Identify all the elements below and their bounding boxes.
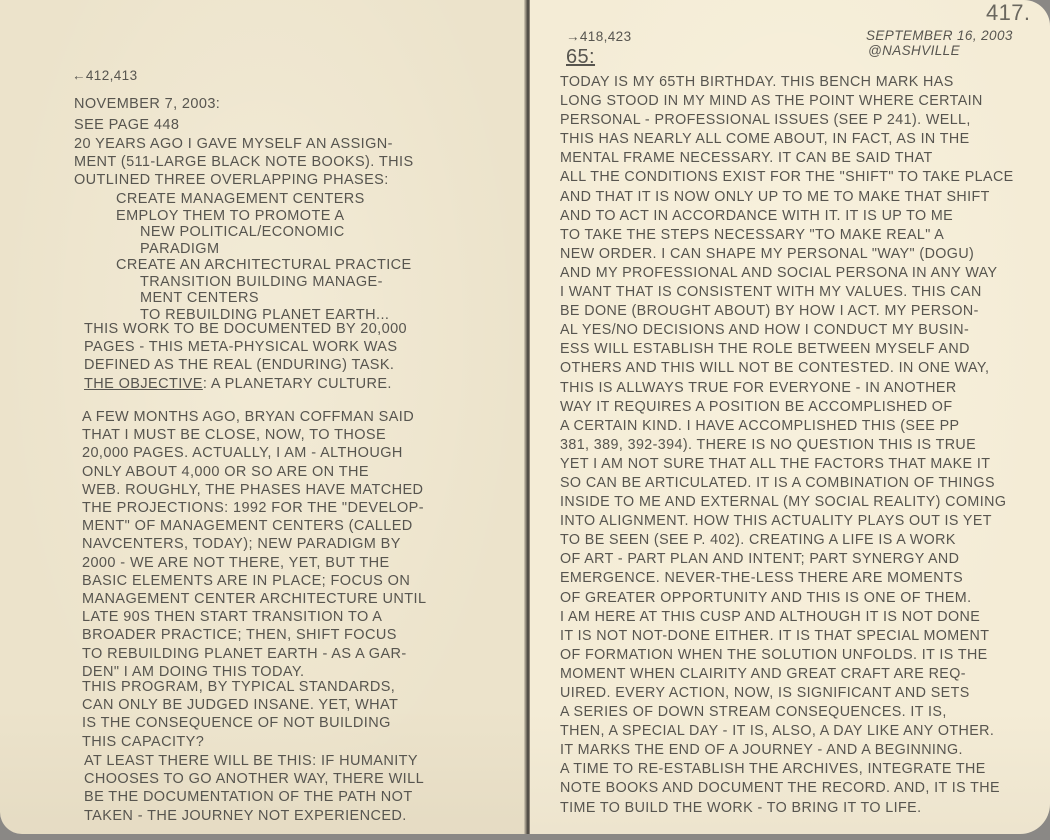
text-line: to rebuilding planet earth - as a gar- <box>82 645 426 663</box>
text-line: This work to be documented by 20,000 <box>84 320 407 338</box>
text-line: This program, by typical standards, <box>82 678 398 696</box>
text-line: that I must be close, now, to those <box>82 426 426 444</box>
text-line: this capacity? <box>82 733 398 751</box>
text-line: to be seen (see p. 402). Creating a life… <box>560 531 1014 550</box>
text-line: al yes/no decisions and how I conduct my… <box>560 321 1014 340</box>
text-line: a series of down stream consequences. It… <box>560 703 1014 722</box>
paragraph-work: This work to be documented by 20,000 pag… <box>84 320 407 393</box>
text-line: the projections: 1992 for the "develop- <box>82 499 426 517</box>
paragraph-documentation: At least there will be this: if humanity… <box>84 752 424 825</box>
text-line: this is allways true for everyone - in a… <box>560 379 1014 398</box>
objective-label: The objective <box>84 376 203 392</box>
text-line: and my professional and social persona i… <box>560 264 1014 283</box>
phase-item: Create management centers <box>74 191 412 208</box>
cross-reference-forward: →418,423 <box>566 28 632 46</box>
text-line: and that it is now only up to me to make… <box>560 188 1014 207</box>
text-line: It marks the end of a journey - and a be… <box>560 741 1014 760</box>
text-line: web. Roughly, the phases have matched <box>82 481 426 499</box>
text-line: A few months ago, Bryan Coffman said <box>82 408 426 426</box>
text-line: NavCenters, today); new paradigm by <box>82 535 426 553</box>
text-line: I am here at this cusp and although it i… <box>560 608 1014 627</box>
text-line: defined as the real (enduring) task. <box>84 356 407 374</box>
text-line: broader practice; then, shift focus <box>82 626 426 644</box>
text-line: is the consequence of not building <box>82 714 398 732</box>
text-line: a certain kind. I have accomplished this… <box>560 417 1014 436</box>
text-line: then, a special day - it is, also, a day… <box>560 722 1014 741</box>
text-line: ess will establish the role between myse… <box>560 340 1014 359</box>
text-line: way it requires a position be accomplish… <box>560 398 1014 417</box>
entry-heading: 65: <box>566 48 595 66</box>
cross-reference-back: ←412,413 <box>72 67 138 85</box>
paragraph-program: This program, by typical standards, can … <box>82 678 398 751</box>
entry-date: November 7, 2003: <box>74 95 220 113</box>
phase-item: transition building manage- <box>74 274 412 291</box>
text-line: only about 4,000 or so are on the <box>82 463 426 481</box>
text-line: taken - the journey not experienced. <box>84 807 424 825</box>
text-line: yet I am not sure that all the factors t… <box>560 455 1014 474</box>
text-line: I want that is consistent with my values… <box>560 283 1014 302</box>
phase-item: new political/economic <box>74 224 412 241</box>
text-line: mental frame necessary. It can be said t… <box>560 149 1014 168</box>
text-line: A time to re-establish the archives, int… <box>560 760 1014 779</box>
notebook-page-right: 417. →418,423 September 16, 2003 @Nashvi… <box>529 0 1050 834</box>
text-line: inside to me and external (my social rea… <box>560 493 1014 512</box>
text-line: 381, 389, 392-394). There is no question… <box>560 436 1014 455</box>
text-line: new order. I can shape my personal "way"… <box>560 245 1014 264</box>
paragraph-assignment: 20 years ago I gave myself an assign- me… <box>74 135 414 190</box>
entry-location: @Nashville <box>868 42 960 60</box>
text-line: late 90s then start transition to a <box>82 608 426 626</box>
phases-list: Create management centers Employ them to… <box>74 191 412 323</box>
objective-line: The objective: a planetary culture. <box>84 375 407 393</box>
text-line: be the documentation of the path not <box>84 788 424 806</box>
text-line: At least there will be this: if humanity <box>84 752 424 770</box>
entry-body: Today is my 65th birthday. This bench ma… <box>560 73 1014 818</box>
text-line: outlined three overlapping phases: <box>74 171 414 189</box>
phase-item: paradigm <box>74 241 412 258</box>
text-line: chooses to go another way, there will <box>84 770 424 788</box>
text-line: basic elements are in place; focus on <box>82 572 426 590</box>
text-line: be done (brought about) by how I act. My… <box>560 302 1014 321</box>
text-line: 20,000 pages. Actually, I am - although <box>82 444 426 462</box>
text-line: all the conditions exist for the "shift"… <box>560 168 1014 187</box>
text-line: personal - professional issues (see p 24… <box>560 111 1014 130</box>
objective-text: : a planetary culture. <box>203 376 392 392</box>
text-line: this has nearly all come about, in fact,… <box>560 130 1014 149</box>
text-line: Today is my 65th birthday. This bench ma… <box>560 73 1014 92</box>
text-line: ment (511-large black note books). This <box>74 153 414 171</box>
text-line: it is not not-done either. It is that sp… <box>560 627 1014 646</box>
text-line: of greater opportunity and this is one o… <box>560 589 1014 608</box>
phase-item: Create an architectural practice <box>74 257 412 274</box>
text-line: can only be judged insane. Yet, what <box>82 696 398 714</box>
text-line: 20 years ago I gave myself an assign- <box>74 135 414 153</box>
text-line: into alignment. How this actuality plays… <box>560 512 1014 531</box>
text-line: others and this will not be contested. I… <box>560 359 1014 378</box>
text-line: 2000 - we are not there, yet, but the <box>82 554 426 572</box>
text-line: moment when clairity and great craft are… <box>560 665 1014 684</box>
text-line: pages - this meta-physical work was <box>84 338 407 356</box>
text-line: emergence. Never-the-less there are mome… <box>560 569 1014 588</box>
text-line: uired. Every action, now, is significant… <box>560 684 1014 703</box>
text-line: ment" of management centers (called <box>82 517 426 535</box>
see-page-note: See page 448 <box>74 116 179 134</box>
text-line: management center architecture until <box>82 590 426 608</box>
phase-item: ment centers <box>74 290 412 307</box>
text-line: so can be articulated. It is a combinati… <box>560 474 1014 493</box>
text-line: note books and document the record. And,… <box>560 779 1014 798</box>
text-line: time to build the work - to bring it to … <box>560 799 1014 818</box>
text-line: of art - part plan and intent; part syne… <box>560 550 1014 569</box>
paragraph-progress: A few months ago, Bryan Coffman said tha… <box>82 408 426 681</box>
page-number: 417. <box>986 4 1030 22</box>
text-line: to take the steps necessary "to make rea… <box>560 226 1014 245</box>
notebook-page-left: ←412,413 November 7, 2003: See page 448 … <box>0 0 527 834</box>
text-line: of formation when the solution unfolds. … <box>560 646 1014 665</box>
text-line: and to act in accordance with it. It is … <box>560 207 1014 226</box>
text-line: long stood in my mind as the point where… <box>560 92 1014 111</box>
phase-item: Employ them to promote a <box>74 208 412 225</box>
